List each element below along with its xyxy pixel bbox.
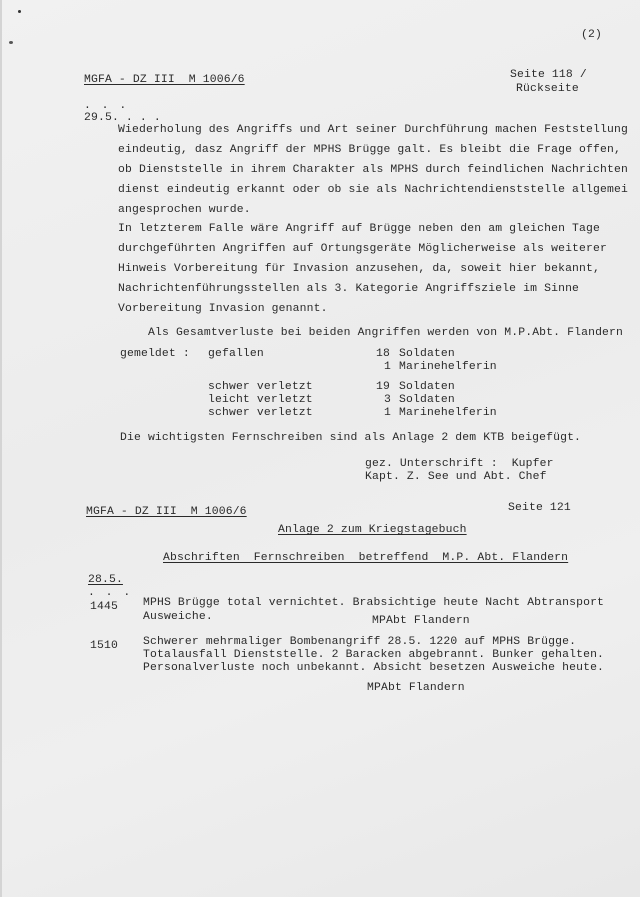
- loss-category: leicht verletzt: [208, 394, 313, 406]
- page-reference-sub: Rückseite: [516, 83, 579, 95]
- loss-unit: Soldaten: [399, 394, 455, 406]
- loss-category: schwer verletzt: [208, 407, 313, 419]
- message-line: Personalverluste noch unbekannt. Absicht…: [143, 662, 604, 674]
- loss-unit: Marinehelferin: [399, 407, 497, 419]
- ellipsis: . . .: [84, 100, 128, 112]
- message-time: 1445: [90, 601, 118, 613]
- message-sender: MPAbt Flandern: [372, 615, 470, 627]
- loss-count: 19: [376, 381, 390, 393]
- page-reference: Seite 118 /: [510, 69, 587, 81]
- loss-unit: Soldaten: [399, 348, 455, 360]
- stray-mark: [9, 41, 13, 44]
- archive-reference: MGFA - DZ III M 1006/6: [84, 74, 245, 86]
- message-line: Totalausfall Dienststelle. 2 Baracken ab…: [143, 649, 604, 661]
- page-reference: Seite 121: [508, 502, 571, 514]
- attachment-note: Die wichtigsten Fernschreiben sind als A…: [120, 432, 581, 444]
- message-line: Schwerer mehrmaliger Bombenangriff 28.5.…: [143, 636, 576, 648]
- paragraph-line: In letzterem Falle wäre Angriff auf Brüg…: [118, 223, 600, 235]
- losses-intro: Als Gesamtverluste bei beiden Angriffen …: [148, 327, 623, 339]
- annex-subtitle: Abschriften Fernschreiben betreffend M.P…: [163, 552, 568, 564]
- paragraph-line: durchgeführten Angriffen auf Ortungsgerä…: [118, 243, 607, 255]
- page-number: (2): [581, 29, 602, 41]
- loss-count: 1: [384, 361, 391, 373]
- signature-title: Kapt. Z. See und Abt. Chef: [365, 471, 547, 483]
- loss-unit: Marinehelferin: [399, 361, 497, 373]
- message-line: Ausweiche.: [143, 611, 213, 623]
- annex-title: Anlage 2 zum Kriegstagebuch: [278, 524, 467, 536]
- loss-category: gefallen: [208, 348, 264, 360]
- losses-label: gemeldet :: [120, 348, 190, 360]
- paragraph-line: dienst eindeutig erkannt oder ob sie als…: [118, 184, 628, 196]
- stray-mark: [18, 10, 21, 13]
- paragraph-line: ob Dienststelle in ihrem Charakter als M…: [118, 164, 628, 176]
- paragraph-line: Hinweis Vorbereitung für Invasion anzuse…: [118, 263, 600, 275]
- message-time: 1510: [90, 640, 118, 652]
- loss-category: schwer verletzt: [208, 381, 313, 393]
- archive-reference: MGFA - DZ III M 1006/6: [86, 506, 247, 518]
- paragraph-line: angesprochen wurde.: [118, 204, 251, 216]
- paragraph-line: Nachrichtenführungsstellen als 3. Katego…: [118, 283, 579, 295]
- signature-line: gez. Unterschrift : Kupfer: [365, 458, 554, 470]
- document-page: (2) MGFA - DZ III M 1006/6 Seite 118 / R…: [0, 0, 640, 897]
- paragraph-line: Wiederholung des Angriffs und Art seiner…: [118, 124, 628, 136]
- message-sender: MPAbt Flandern: [367, 682, 465, 694]
- loss-count: 1: [384, 407, 391, 419]
- ellipsis: . . .: [88, 587, 132, 599]
- paragraph-line: eindeutig, dasz Angriff der MPHS Brügge …: [118, 144, 621, 156]
- paragraph-line: Vorbereitung Invasion genannt.: [118, 303, 328, 315]
- loss-count: 18: [376, 348, 390, 360]
- entry-date: 29.5. . . .: [84, 112, 161, 124]
- entry-date: 28.5.: [88, 574, 123, 586]
- loss-unit: Soldaten: [399, 381, 455, 393]
- loss-count: 3: [384, 394, 391, 406]
- message-line: MPHS Brügge total vernichtet. Brabsichti…: [143, 597, 604, 609]
